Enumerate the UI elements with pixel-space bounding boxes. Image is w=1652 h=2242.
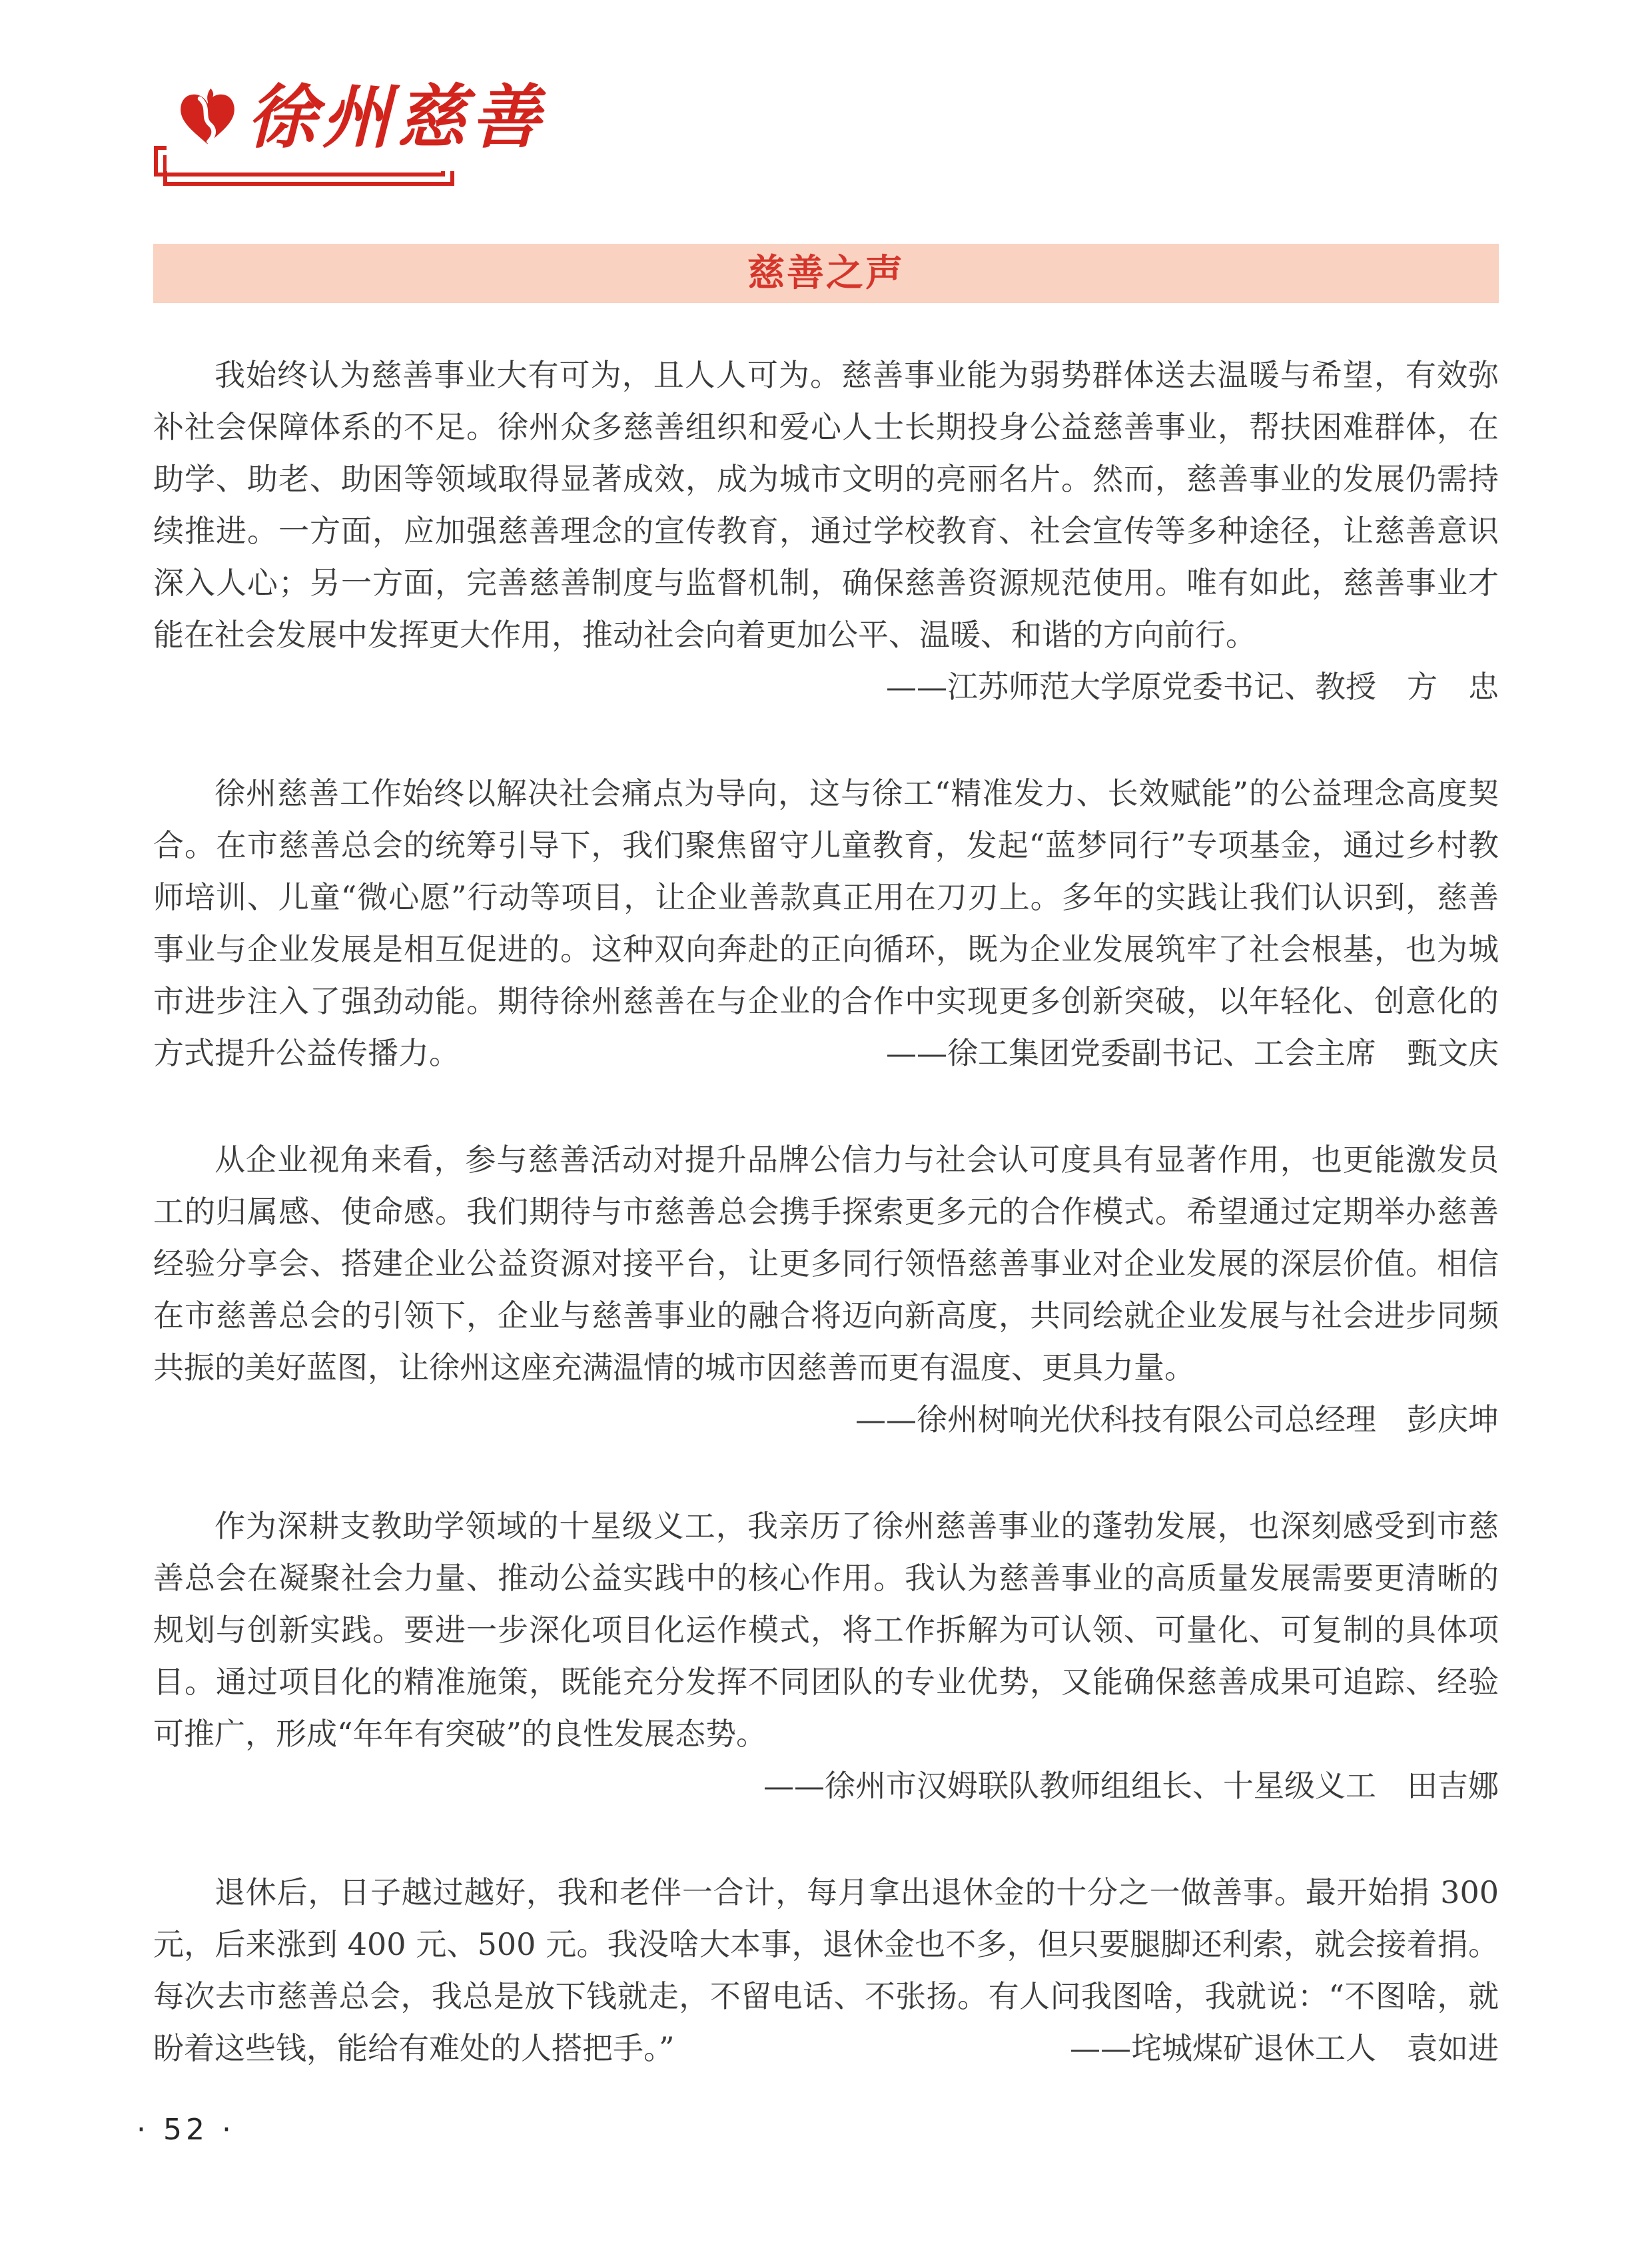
logo-title: 徐州慈善 — [247, 83, 546, 152]
section-banner: 慈善之声 — [153, 244, 1499, 303]
masthead-logo: 徐州慈善 — [130, 63, 543, 196]
quote-attribution: ——徐工集团党委副书记、工会主席 甄文庆 — [825, 1027, 1499, 1079]
quote-text: 作为深耕支教助学领域的十星级义工，我亲历了徐州慈善事业的蓬勃发展，也深刻感受到市… — [153, 1508, 1499, 1752]
quote-block: 我始终认为慈善事业大有可为，且人人可为。慈善事业能为弱势群体送去温暖与希望，有效… — [153, 349, 1499, 713]
quote-block: 作为深耕支教助学领域的十星级义工，我亲历了徐州慈善事业的蓬勃发展，也深刻感受到市… — [153, 1500, 1499, 1812]
magazine-page: 徐州慈善 慈善之声 我始终认为慈善事业大有可为，且人人可为。慈善事业能为弱势群体… — [0, 0, 1652, 2242]
logo-row: 徐州慈善 — [167, 63, 555, 171]
quote-attribution: ——徐州树响光伏科技有限公司总经理 彭庆坤 — [794, 1393, 1499, 1445]
quote-attribution: ——江苏师范大学原党委书记、教授 方 忠 — [825, 661, 1499, 713]
quote-block: 从企业视角来看，参与慈善活动对提升品牌公信力与社会认可度具有显著作用，也更能激发… — [153, 1134, 1499, 1445]
quote-attribution: ——徐州市汉姆联队教师组组长、十星级义工 田吉娜 — [702, 1760, 1499, 1812]
quote-block: 退休后，日子越过越好，我和老伴一合计，每月拿出退休金的十分之一做善事。最开始捐 … — [153, 1866, 1499, 2074]
quote-text: 从企业视角来看，参与慈善活动对提升品牌公信力与社会认可度具有显著作用，也更能激发… — [153, 1142, 1499, 1385]
heart-flame-logo-icon — [176, 86, 239, 149]
quote-text: 徐州慈善工作始终以解决社会痛点为导向，这与徐工“精准发力、长效赋能”的公益理念高… — [153, 775, 1499, 1071]
section-title: 慈善之声 — [747, 251, 905, 295]
quotes-column: 我始终认为慈善事业大有可为，且人人可为。慈善事业能为弱势群体送去温暖与希望，有效… — [153, 349, 1499, 2074]
quote-block: 徐州慈善工作始终以解决社会痛点为导向，这与徐工“精准发力、长效赋能”的公益理念高… — [153, 767, 1499, 1079]
quote-text: 我始终认为慈善事业大有可为，且人人可为。慈善事业能为弱势群体送去温暖与希望，有效… — [153, 357, 1499, 653]
page-number: · 52 · — [137, 2113, 235, 2147]
quote-attribution: ——垞城煤矿退休工人 袁如进 — [1009, 2022, 1499, 2074]
